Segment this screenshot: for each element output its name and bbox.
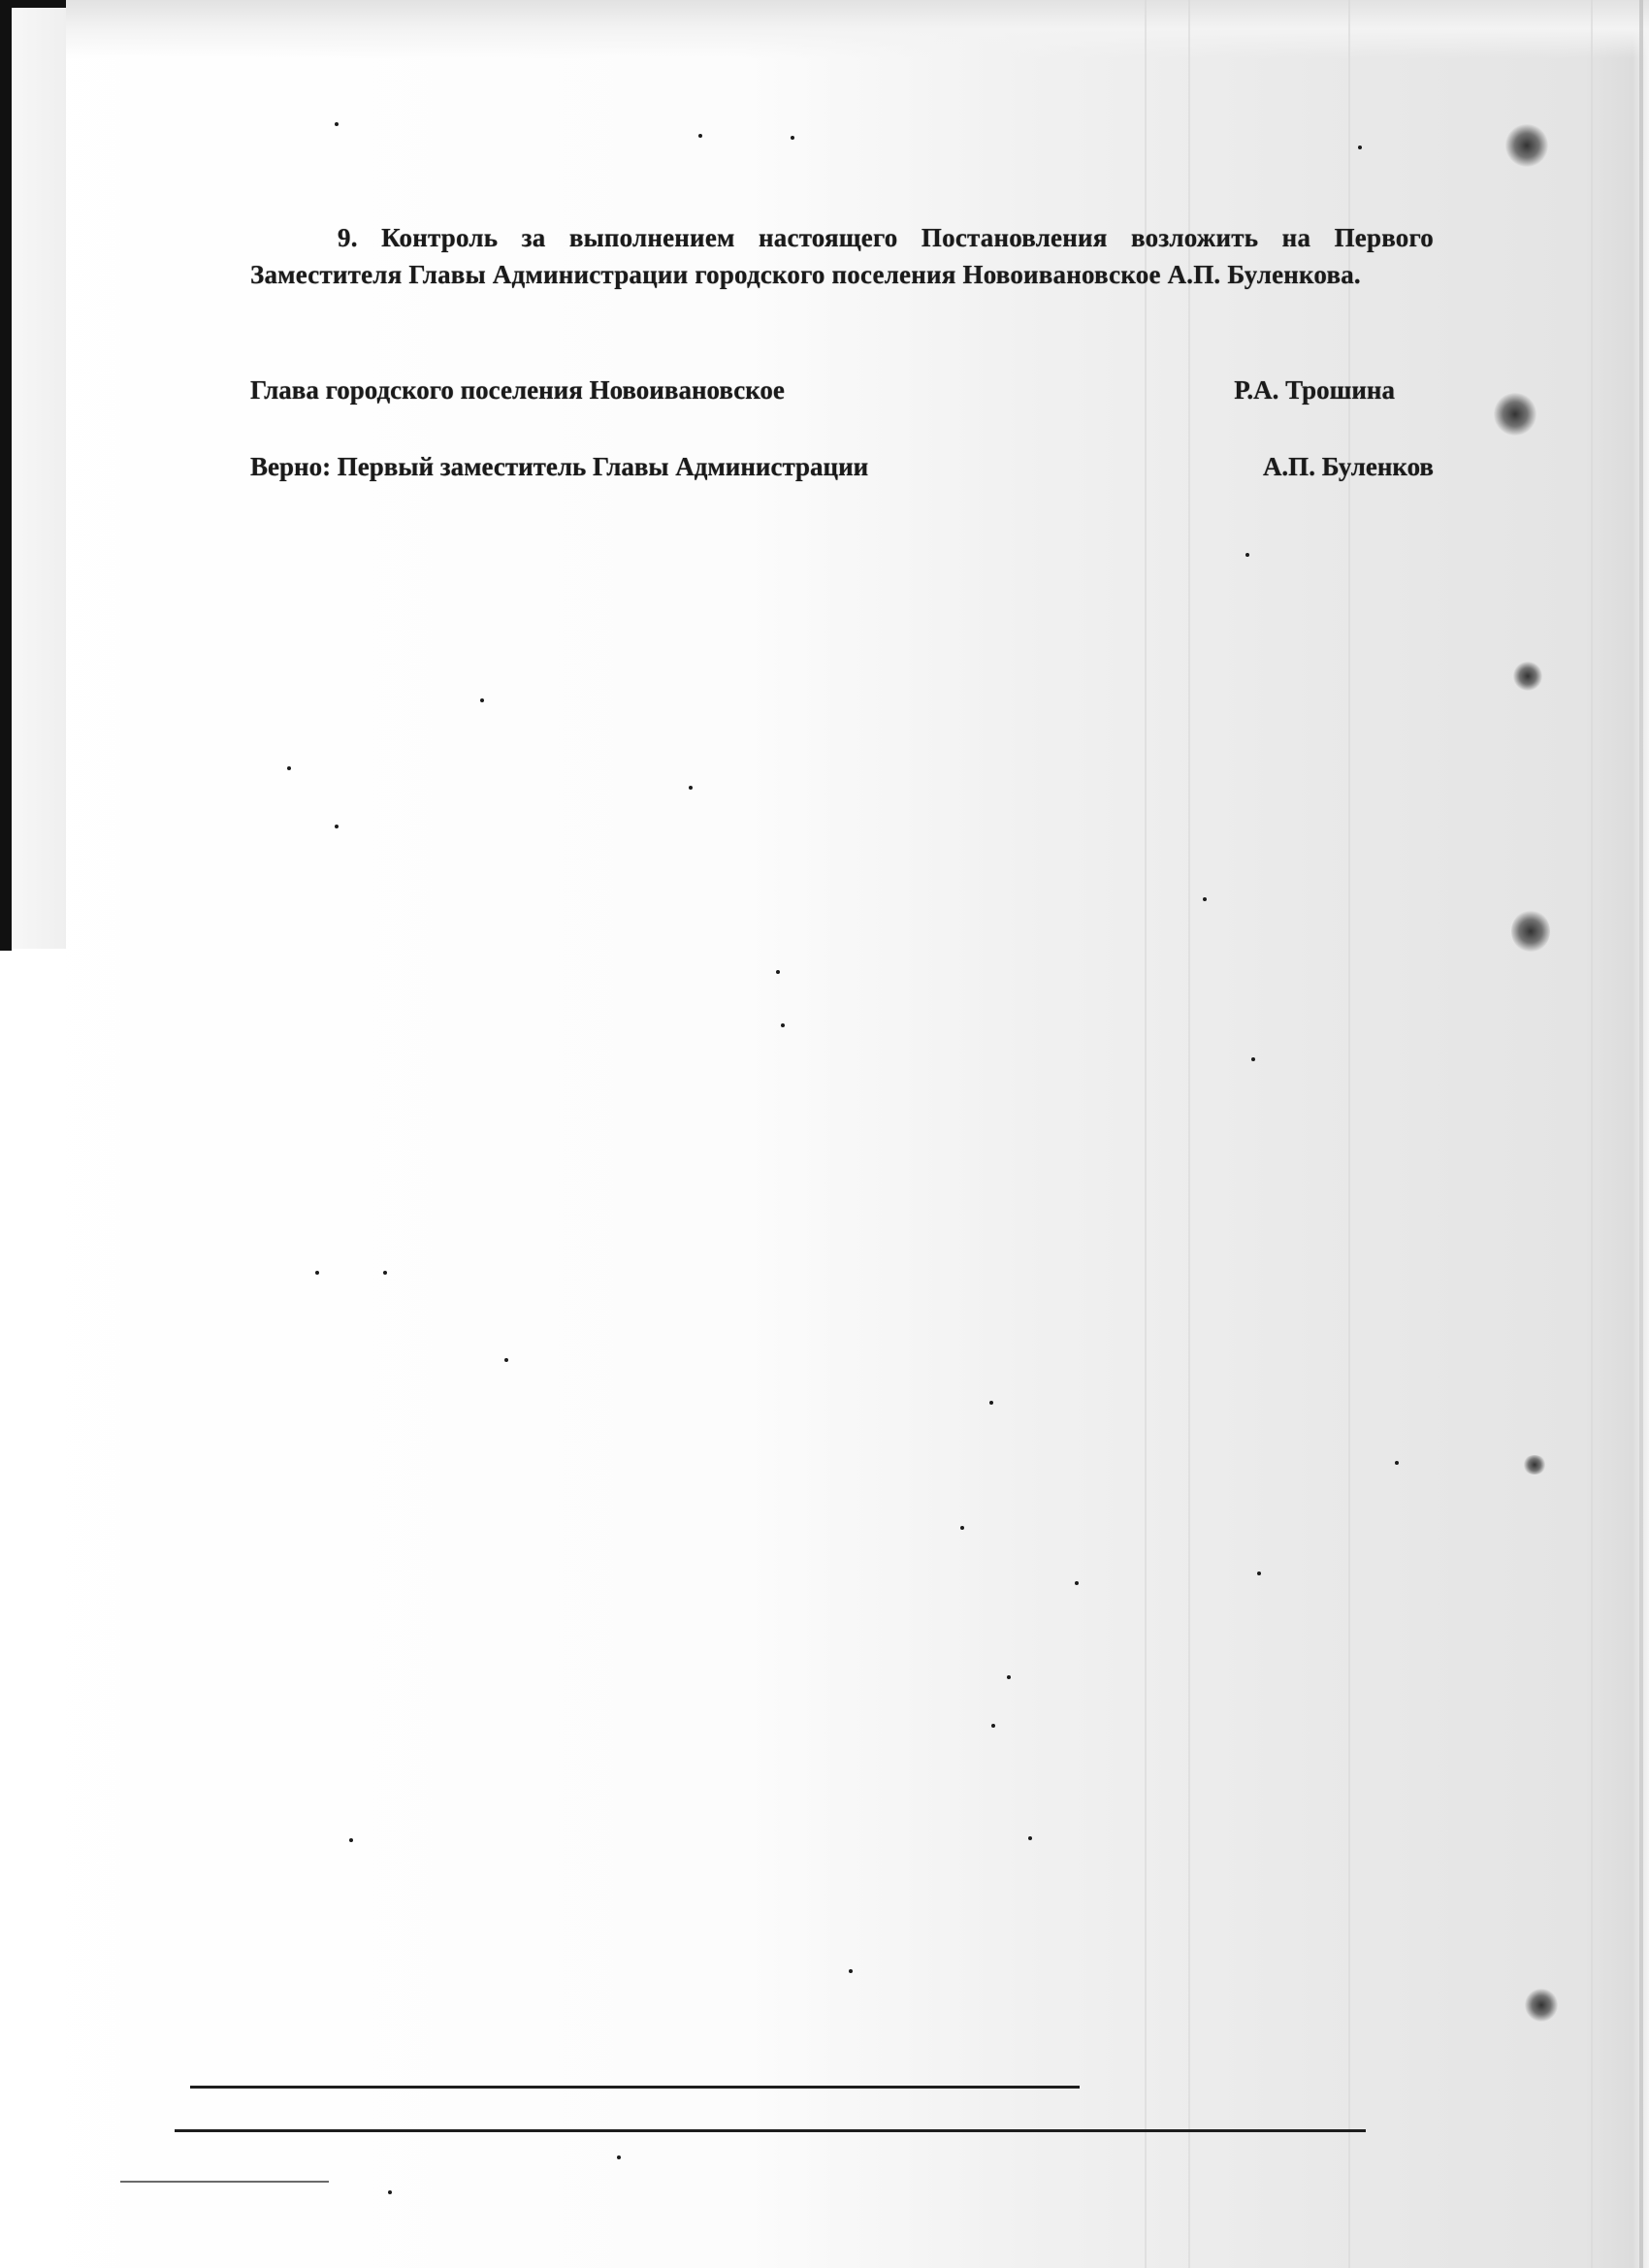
scan-speck <box>480 698 484 702</box>
paragraph-9: 9. Контроль за выполнением настоящего По… <box>250 219 1434 293</box>
scan-speck <box>776 970 780 974</box>
horizontal-rule <box>175 2129 1366 2132</box>
scan-stripe <box>1348 0 1350 2268</box>
hole-punch-mark <box>1494 393 1536 436</box>
scan-speck <box>617 2155 621 2159</box>
hole-punch-mark <box>1523 1455 1546 1474</box>
scan-speck <box>1245 553 1249 557</box>
scan-speck <box>1257 1571 1261 1575</box>
scan-speck <box>1203 897 1207 901</box>
hole-punch-mark <box>1505 124 1548 167</box>
scan-speck <box>689 786 693 790</box>
scan-speck <box>335 825 339 828</box>
scan-speck <box>335 122 339 126</box>
scan-stripe <box>1188 0 1190 2268</box>
scan-speck <box>989 1401 993 1405</box>
scan-speck <box>349 1838 353 1842</box>
scan-speck <box>388 2190 392 2194</box>
signatory-position: Верно: Первый заместитель Главы Админист… <box>250 452 868 482</box>
scan-border-top <box>0 0 66 8</box>
horizontal-rule <box>190 2086 1080 2089</box>
scan-speck <box>504 1358 508 1362</box>
horizontal-rule <box>120 2181 329 2183</box>
signature-row-certified: Верно: Первый заместитель Главы Админист… <box>250 452 1434 482</box>
scan-speck <box>849 1969 853 1973</box>
scan-border-strip <box>0 0 12 951</box>
scan-speck <box>1028 1836 1032 1840</box>
scan-speck <box>781 1023 785 1027</box>
scan-speck <box>991 1724 995 1728</box>
signatory-name: Р.А. Трошина <box>1234 375 1434 405</box>
scan-stripe <box>1591 0 1593 2268</box>
scan-speck <box>287 766 291 770</box>
document-body: 9. Контроль за выполнением настоящего По… <box>250 219 1434 293</box>
scan-speck <box>1007 1675 1011 1679</box>
scan-stripe <box>1145 0 1147 2268</box>
signatory-position: Глава городского поселения Новоивановско… <box>250 375 785 405</box>
scan-speck <box>698 134 702 138</box>
hole-punch-mark <box>1511 910 1550 953</box>
scan-speck <box>791 136 794 140</box>
hole-punch-mark <box>1525 1989 1558 2022</box>
scan-speck <box>315 1271 319 1275</box>
scan-speck <box>1395 1461 1399 1465</box>
scan-speck <box>1075 1581 1079 1585</box>
scan-speck <box>1251 1057 1255 1061</box>
hole-punch-mark <box>1513 662 1542 691</box>
scan-speck <box>960 1526 964 1530</box>
scan-right-edge <box>1639 0 1643 2268</box>
underlying-page-edge <box>12 8 66 949</box>
signature-row-head: Глава городского поселения Новоивановско… <box>250 375 1434 405</box>
signatory-name: А.П. Буленков <box>1263 452 1434 482</box>
scan-speck <box>383 1271 387 1275</box>
scan-top-shadow <box>0 0 1649 58</box>
scan-speck <box>1358 146 1362 149</box>
scanned-document-page: 9. Контроль за выполнением настоящего По… <box>0 0 1649 2268</box>
